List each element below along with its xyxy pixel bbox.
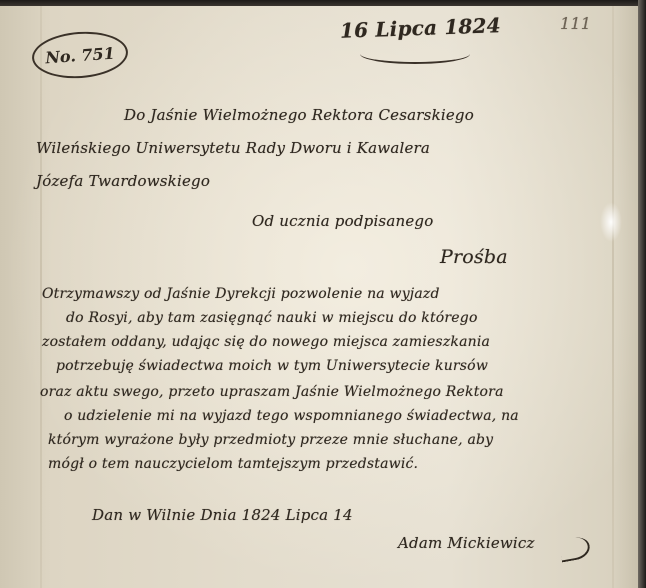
place-date-line: Dan w Wilnie Dnia 1824 Lipca 14 (92, 506, 353, 524)
body-line: mógł o tem nauczycielom tamtejszym przed… (48, 456, 418, 472)
header-date: 16 Lipca 1824 (340, 13, 502, 43)
address-line: Wileńskiego Uniwersytetu Rady Dworu i Ka… (36, 139, 430, 157)
photo-right-border (638, 0, 646, 588)
address-line: Józefa Twardowskiego (36, 172, 210, 190)
light-glare (600, 202, 622, 242)
body-line: Otrzymawszy od Jaśnie Dyrekcji pozwoleni… (42, 286, 440, 302)
body-line: oraz aktu swego, przeto upraszam Jaśnie … (40, 384, 504, 400)
stamp-label: No. 751 (45, 43, 116, 67)
letter-title: Prośba (440, 246, 508, 268)
from-line: Od ucznia podpisanego (252, 212, 433, 230)
letter-page: No. 751 16 Lipca 1824 111 Do Jaśnie Wiel… (0, 6, 638, 588)
page-number: 111 (560, 14, 591, 33)
body-line: do Rosyi, aby tam zasięgnąć nauki w miej… (66, 310, 478, 326)
archive-number-stamp: No. 751 (31, 29, 130, 82)
address-line: Do Jaśnie Wielmożnego Rektora Cesarskieg… (124, 106, 474, 124)
paper-fold-line (612, 6, 614, 588)
signature: Adam Mickiewicz (398, 534, 535, 552)
body-line: potrzebuję świadectwa moich w tym Uniwer… (56, 358, 488, 374)
date-flourish-decoration (360, 44, 470, 64)
body-line: zostałem oddany, udając się do nowego mi… (42, 334, 490, 350)
body-line: o udzielenie mi na wyjazd tego wspomnian… (64, 408, 519, 424)
signature-flourish (558, 536, 591, 563)
body-line: którym wyrażone były przedmioty przeze m… (48, 432, 493, 448)
